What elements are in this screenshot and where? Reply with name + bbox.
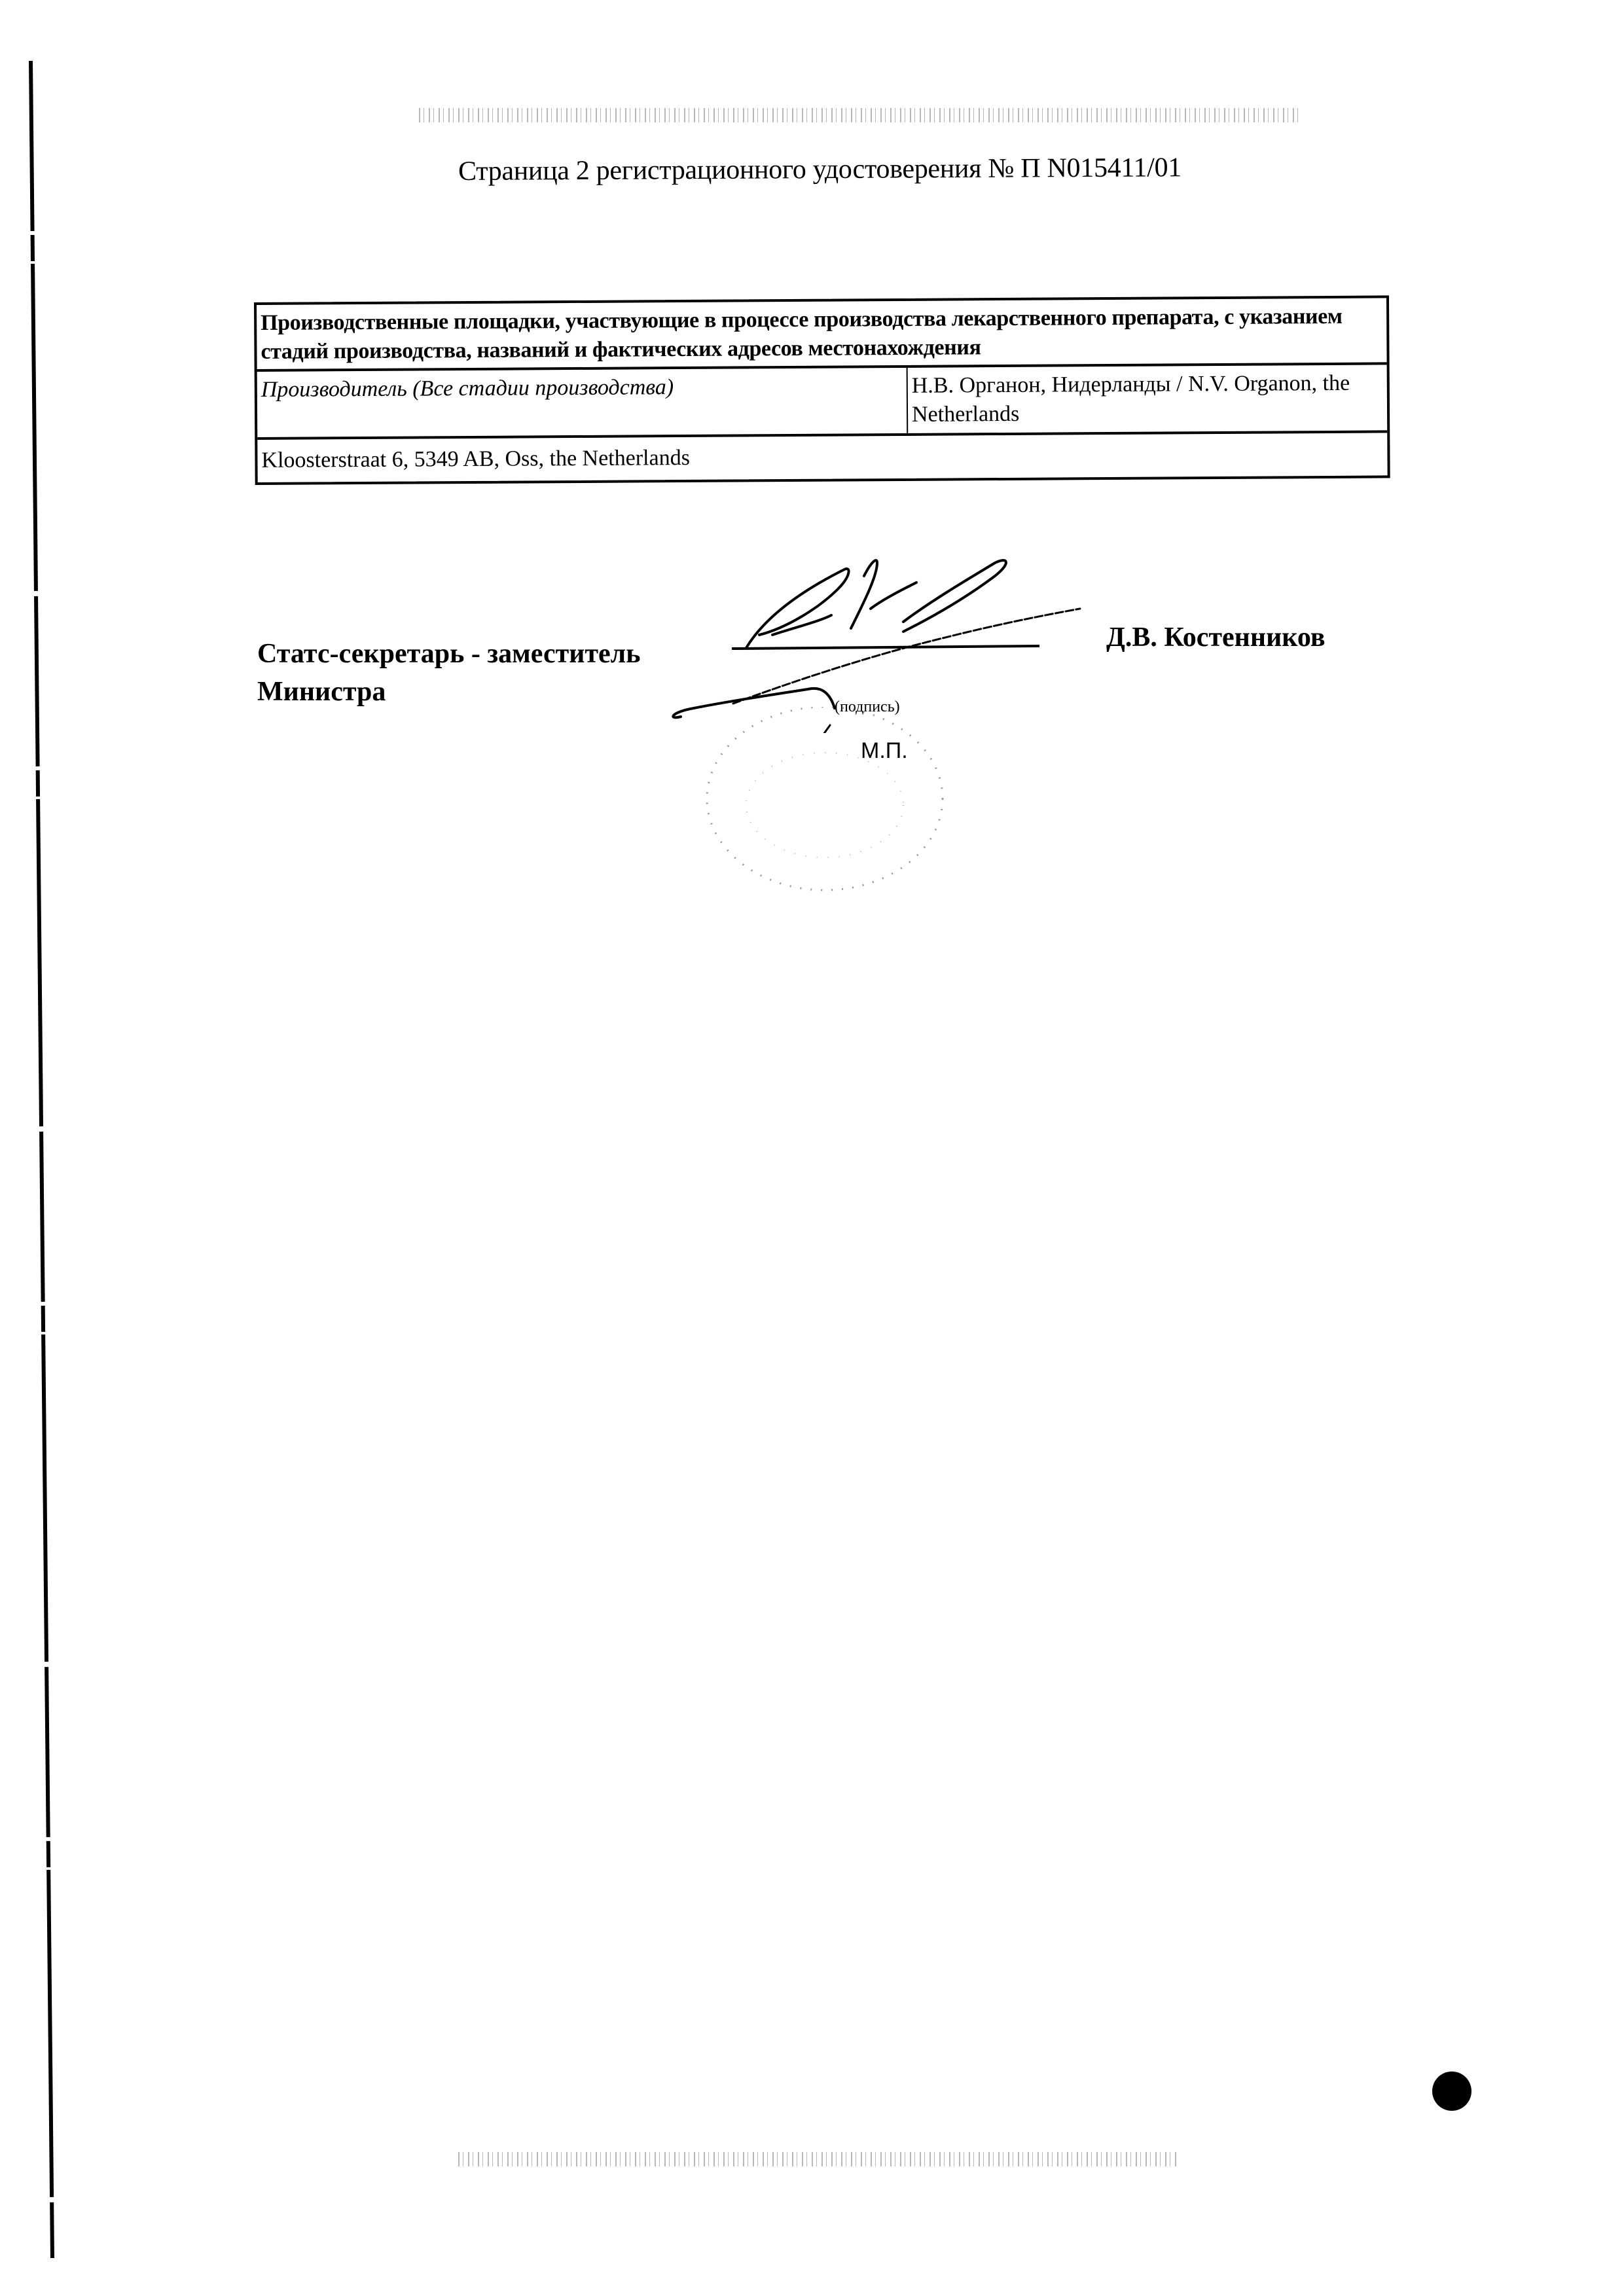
signatory-position: Статс-секретарь - заместитель Министра: [257, 635, 640, 711]
production-sites-table: Производственные площадки, участвующие в…: [254, 295, 1390, 485]
manufacturer-name: Н.В. Органон, Нидерланды / N.V. Organon,…: [907, 365, 1388, 433]
official-stamp-icon: [668, 707, 982, 923]
manufacturer-role: Производитель (Все стадии производства): [257, 368, 907, 437]
table-heading: Производственные площадки, участвующие в…: [257, 298, 1387, 369]
page-header: Страница 2 регистрационного удостоверени…: [458, 152, 1182, 187]
manufacturer-address: Kloosterstraat 6, 5349 AB, Oss, the Neth…: [257, 437, 694, 482]
table-row: Производитель (Все стадии производства) …: [257, 362, 1388, 437]
table-heading-row: Производственные площадки, участвующие в…: [257, 298, 1387, 369]
signatory-position-line2: Министра: [257, 673, 640, 711]
scan-noise-bottom: [458, 2152, 1178, 2166]
table-row: Kloosterstraat 6, 5349 AB, Oss, the Neth…: [257, 430, 1387, 482]
scan-noise-top: [419, 108, 1303, 122]
signatory-position-line1: Статс-секретарь - заместитель: [257, 635, 640, 673]
handwritten-signature-icon: [655, 537, 1178, 733]
signatory-name: Д.В. Костенников: [1106, 622, 1326, 653]
punch-hole-dot: [1432, 2072, 1471, 2111]
